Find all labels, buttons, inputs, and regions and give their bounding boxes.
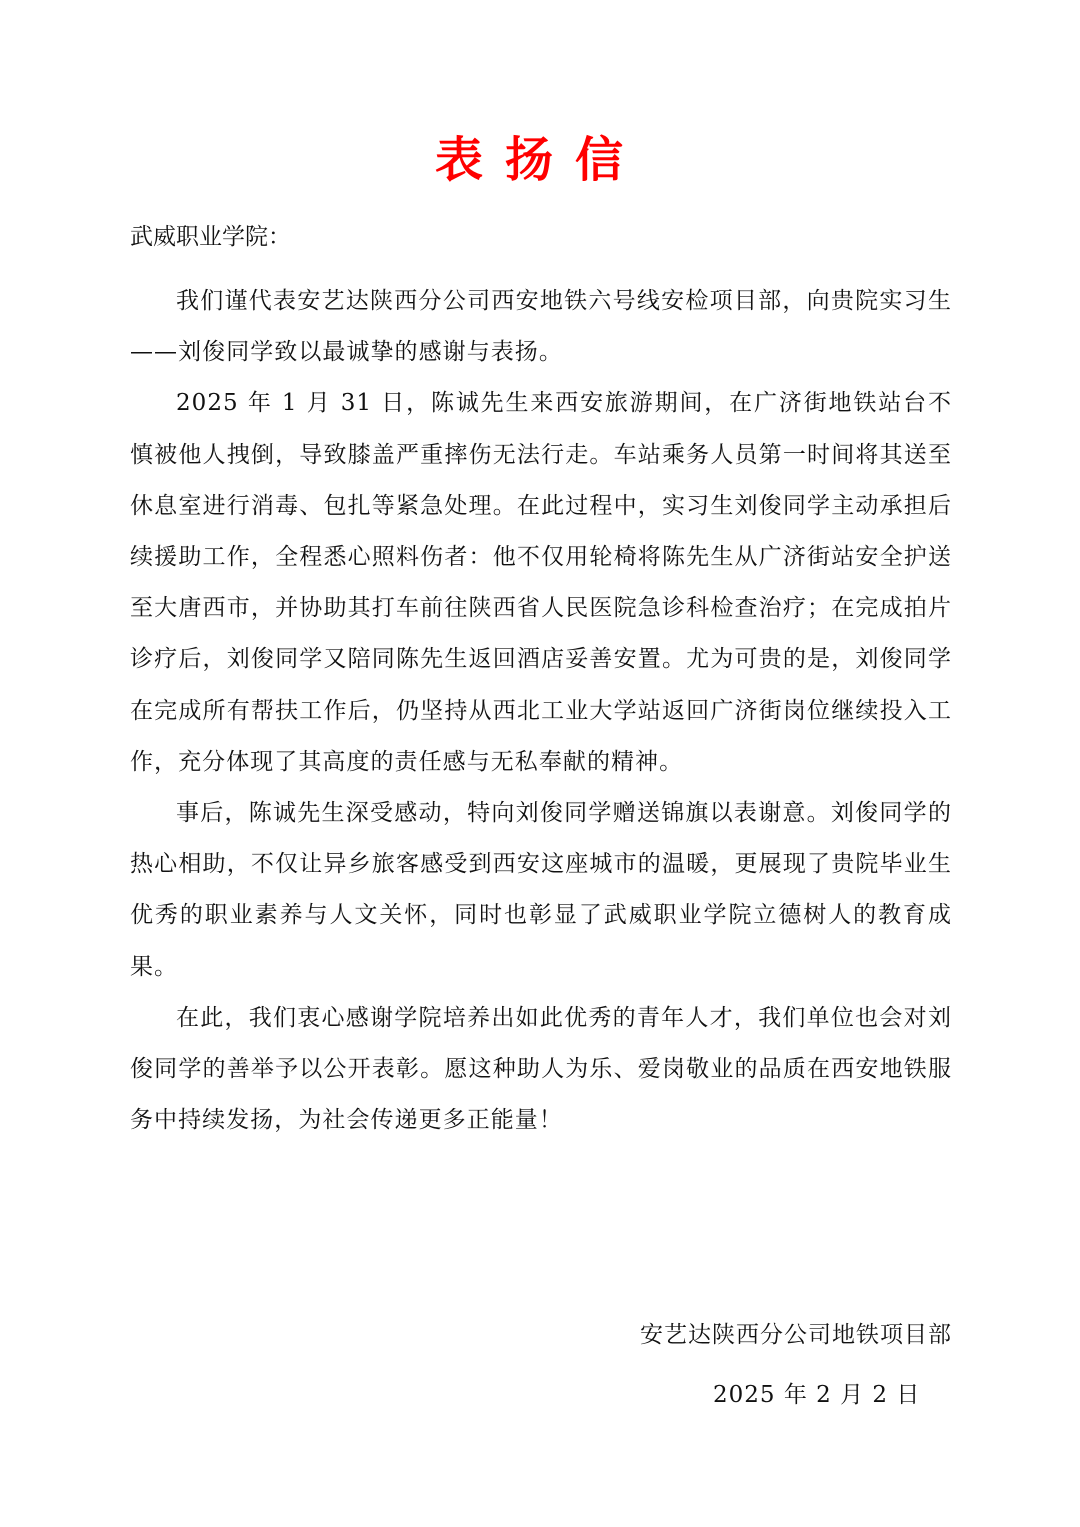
paragraph-intro: 我们谨代表安艺达陕西分公司西安地铁六号线安检项目部，向贵院实习生——刘俊同学致以… — [130, 276, 952, 378]
signature-organization: 安艺达陕西分公司地铁项目部 — [640, 1320, 952, 1350]
letter-title: 表扬信 — [0, 128, 1080, 192]
signature-date: 2025 年 2 月 2 日 — [713, 1380, 920, 1410]
letter-body: 我们谨代表安艺达陕西分公司西安地铁六号线安检项目部，向贵院实习生——刘俊同学致以… — [130, 276, 952, 1146]
letter-page: 表扬信 武威职业学院： 我们谨代表安艺达陕西分公司西安地铁六号线安检项目部，向贵… — [0, 0, 1080, 1527]
salutation: 武威职业学院： — [130, 222, 291, 252]
paragraph-closing: 在此，我们衷心感谢学院培养出如此优秀的青年人才，我们单位也会对刘俊同学的善举予以… — [130, 993, 952, 1147]
paragraph-gratitude: 事后，陈诚先生深受感动，特向刘俊同学赠送锦旗以表谢意。刘俊同学的热心相助，不仅让… — [130, 788, 952, 993]
paragraph-incident: 2025 年 1 月 31 日，陈诚先生来西安旅游期间，在广济街地铁站台不慎被他… — [130, 378, 952, 788]
